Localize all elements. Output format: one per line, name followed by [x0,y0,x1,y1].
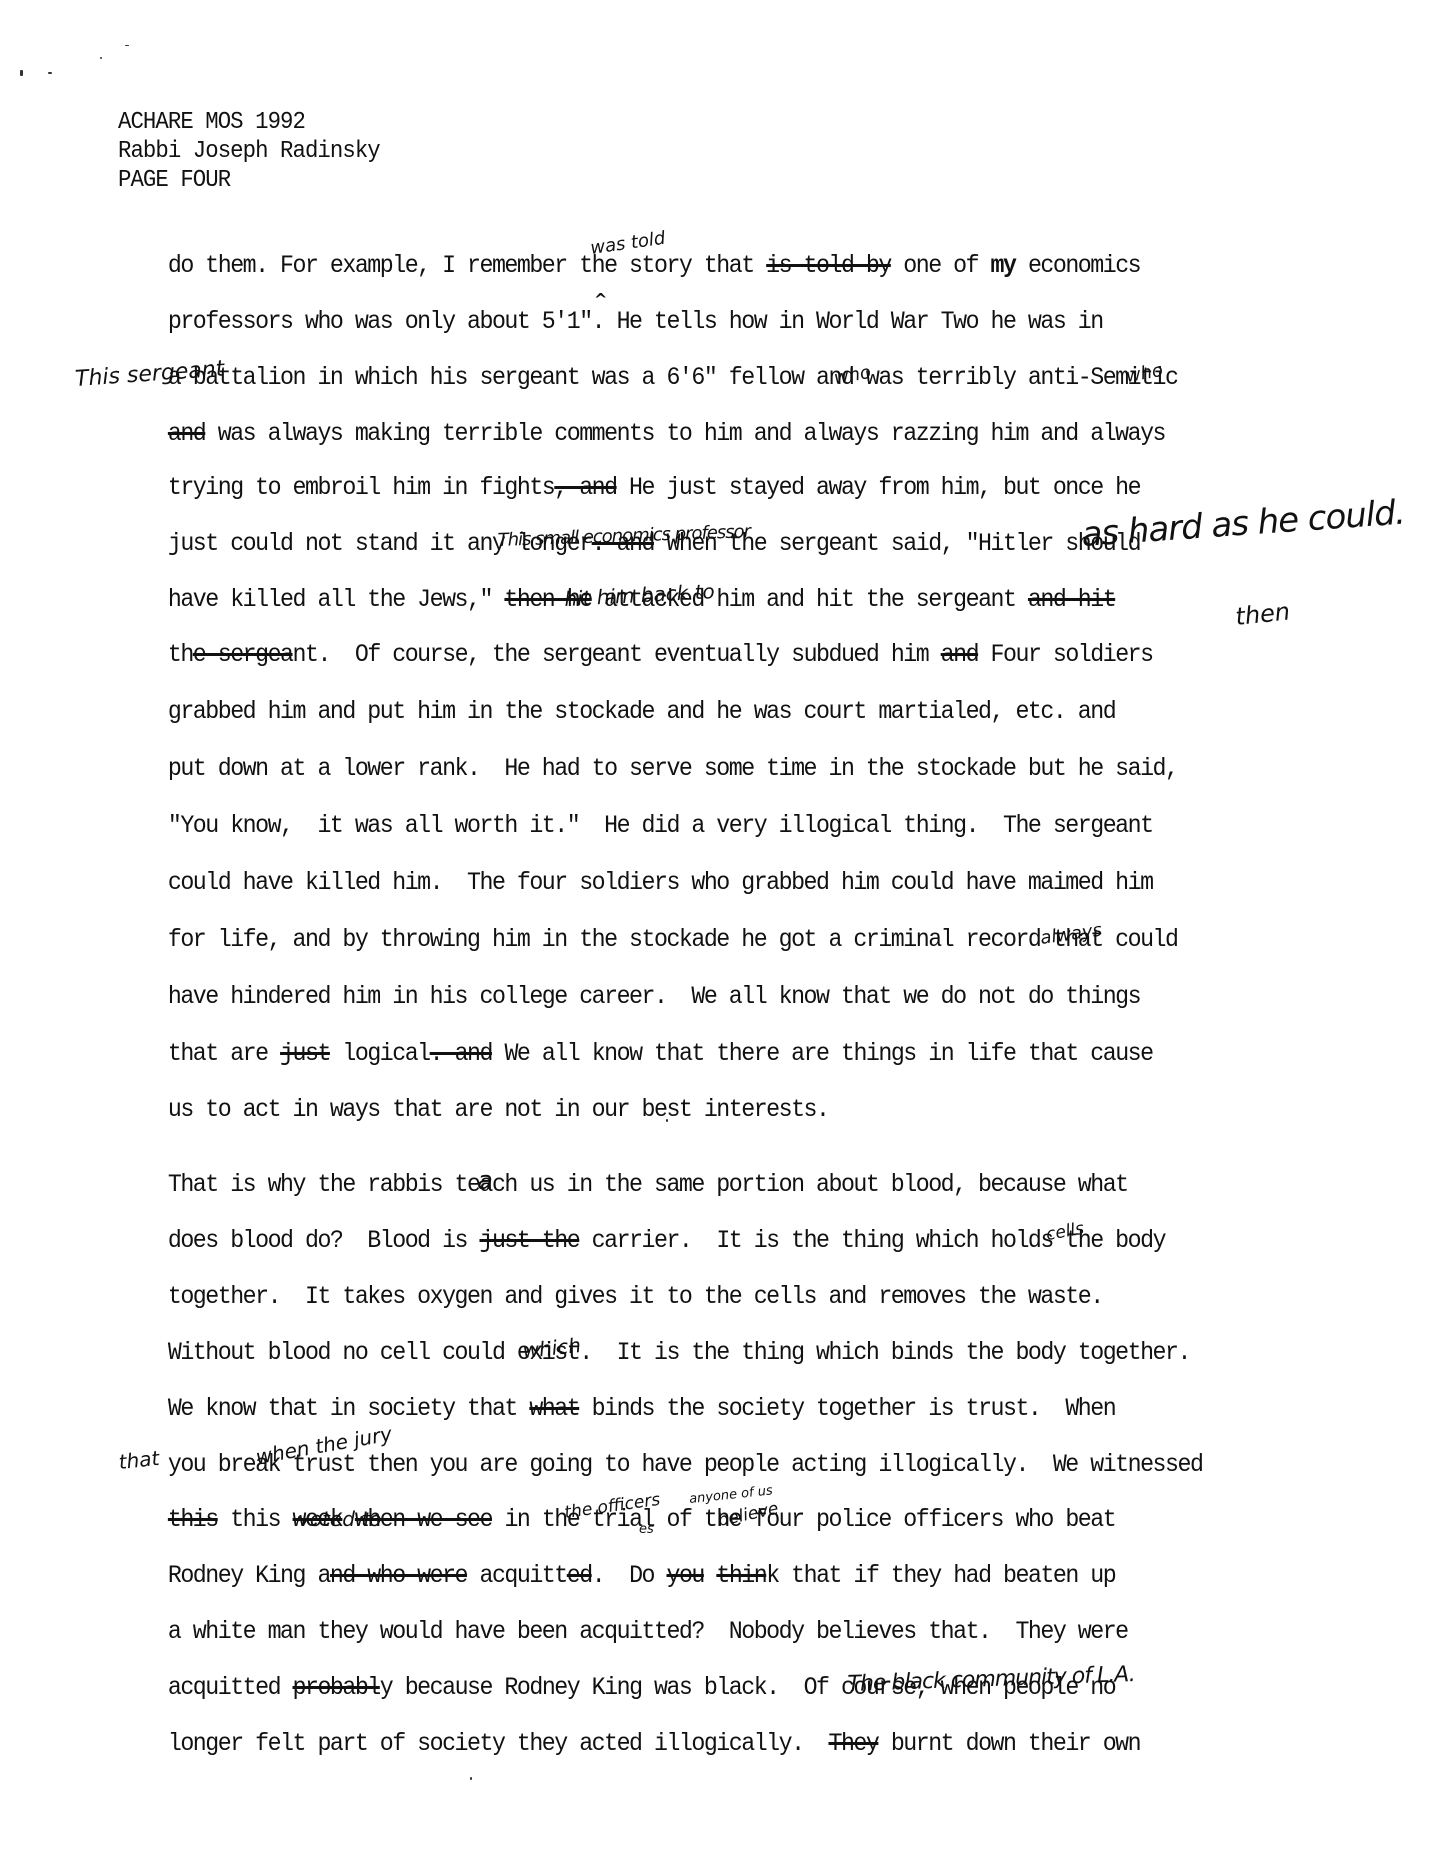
text-segment: That is why the rabbis teach us in the s… [168,1170,1128,1199]
handwritten-voted-to: voted to [298,1507,381,1531]
text-segment: trying to embroil him in fights [168,473,554,502]
struck-text: thin [716,1561,766,1590]
struck-text: is told by [766,251,891,280]
text-segment: have hindered him in his college career.… [168,982,1140,1011]
insertion-caret: ^ [594,290,607,309]
text-segment: He just stayed away from him, but once h… [617,473,1141,502]
handwritten-then: then [1234,597,1291,631]
text-segment: put down at a lower rank. He had to serv… [168,754,1178,783]
struck-text: e sergea [193,640,293,669]
text-segment: us to act in ways that are not in our be… [168,1095,829,1124]
text-segment: could have killed him. The four soldiers… [168,868,1153,897]
struck-text: just [280,1039,330,1068]
text-segment [704,1561,716,1590]
text-segment: together. It takes oxygen and gives it t… [168,1282,1103,1311]
text-segment: . He tells how in World War Two he was i… [592,307,1103,336]
scan-speck [48,72,52,74]
scan-speck [100,57,102,59]
struck-text: just the [479,1226,579,1255]
text-segment: acquitted [168,1673,293,1702]
text-segment: Four soldiers [978,640,1153,669]
text-segment: binds the society together is trust. Whe… [579,1394,1115,1423]
document-header-title: ACHARE MOS 1992 [118,108,305,137]
text-segment: do them. For example, I remember the sto… [168,251,766,280]
document-header-page: PAGE FOUR [118,166,230,195]
text-segment: . Do [592,1561,667,1590]
struck-text: probabl [293,1673,380,1702]
struck-text: ed [567,1561,592,1590]
struck-text: you [666,1561,703,1590]
handwritten-es: es [639,1522,654,1537]
text-segment: burnt down their own [878,1729,1140,1758]
text-segment: th [168,640,193,669]
handwritten-that: that [117,1446,160,1474]
scan-speck [125,45,129,46]
text-segment: acquitt [467,1561,567,1590]
document-header-author: Rabbi Joseph Radinsky [118,137,380,166]
text-segment: k that if they had beaten up [766,1561,1115,1590]
overstruck-text: my [991,251,1016,280]
text-segment: We all know that there are things in lif… [492,1039,1153,1068]
text-segment: that are [168,1039,280,1068]
struck-text: nd who were [330,1561,467,1590]
text-segment: grabbed him and put him in the stockade … [168,697,1115,726]
text-segment: longer felt part of society they acted i… [168,1729,829,1758]
text-segment: nt. Of course, the sergeant eventually s… [293,640,941,669]
handwritten-a: a [477,1166,493,1196]
text-segment: "You know, it was all worth it." He did … [168,811,1153,840]
struck-text: this [168,1505,218,1534]
text-segment: professors who was only about 5'1" [168,307,592,336]
document-page: ACHARE MOS 1992 Rabbi Joseph Radinsky PA… [0,0,1430,1851]
text-segment: one of [891,251,991,280]
struck-text: . and [430,1039,492,1068]
text-segment: for life, and by throwing him in the sto… [168,925,1178,954]
struck-text: what [529,1394,579,1423]
struck-text: , and [554,473,616,502]
text-segment: Without blood no cell could exist. It is… [168,1338,1190,1367]
text-segment: a battalion in which his sergeant was a … [168,363,1178,392]
struck-text: They [828,1729,878,1758]
scan-speck [20,70,23,76]
text-segment: We know that in society that [168,1394,529,1423]
body-line: longer felt part of society they acted i… [118,1699,1140,1789]
text-segment: this [218,1505,293,1534]
text-segment: Rodney King a [168,1561,330,1590]
text-segment: logical [330,1039,430,1068]
text-segment: does blood do? Blood is [168,1226,480,1255]
struck-text: and [941,640,978,669]
text-segment: economics [1015,251,1140,280]
text-segment: a white man they would have been acquitt… [168,1617,1128,1646]
